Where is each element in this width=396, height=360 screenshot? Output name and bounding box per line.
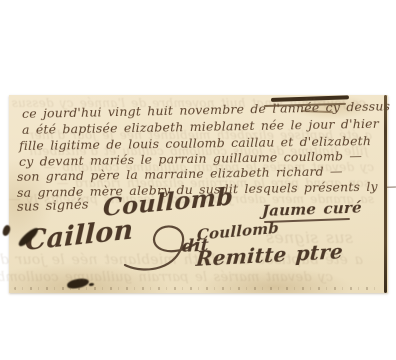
manuscript-paper: ce jourd'hui vingt huit novembre de l'an… bbox=[9, 95, 388, 293]
manuscript-line-7: sus signés bbox=[17, 198, 89, 215]
signature-remitte-ptre: Remitte ptre bbox=[195, 239, 344, 271]
signature-caillon: Caillon bbox=[24, 214, 133, 257]
signature-jaume-cure: Jaume curé bbox=[262, 198, 362, 220]
ink-blot-bottom-satellite bbox=[89, 283, 94, 286]
paper-edge-line bbox=[384, 95, 387, 293]
ink-blot-left-edge-dot bbox=[2, 224, 11, 236]
bottom-speckle-strip bbox=[14, 287, 380, 290]
signature-coullomb-small: Coullomb bbox=[197, 219, 279, 244]
